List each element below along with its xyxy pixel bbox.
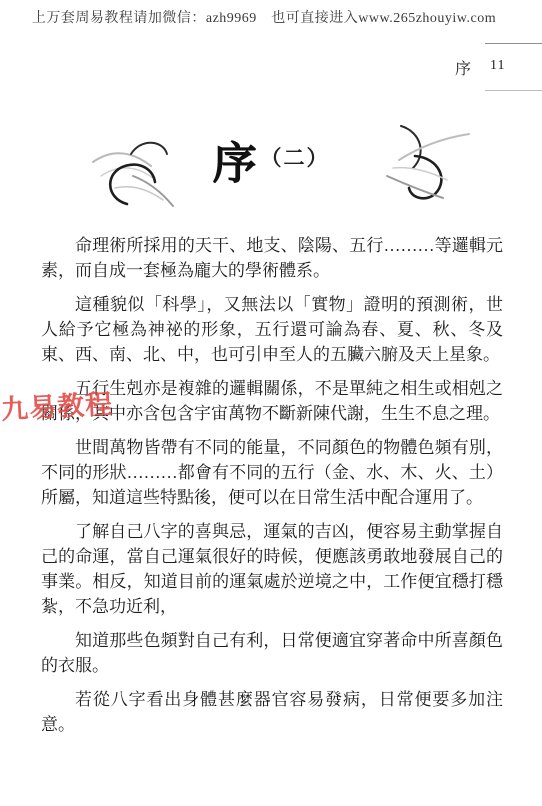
- promo-banner: 上万套周易教程请加微信：azh9969 也可直接进入www.265zhouyiw…: [0, 7, 542, 27]
- book-page: 上万套周易教程请加微信：azh9969 也可直接进入www.265zhouyiw…: [0, 0, 542, 806]
- paragraph: 知道那些色頻對自己有利，日常便適宜穿著命中所喜顏色的衣服。: [41, 628, 503, 678]
- paragraph: 世間萬物皆帶有不同的能量，不同顏色的物體色頻有別，不同的形狀………都會有不同的五…: [41, 435, 503, 510]
- paragraph: 了解自己八字的喜與忌，運氣的吉凶，便容易主動掌握自己的命運，當自己運氣很好的時候…: [41, 519, 503, 619]
- paragraph: 命理術所採用的天干、地支、陰陽、五行………等邏輯元素，而自成一套極為龐大的學術體…: [41, 233, 503, 283]
- title-main: 序: [213, 127, 257, 191]
- page-number: 11: [490, 58, 505, 74]
- paragraph: 若從八字看出身體甚麼器官容易發病，日常便要多加注意。: [41, 687, 503, 737]
- chapter-title-block: 序 （二）: [0, 112, 542, 212]
- paragraph: 這種貌似「科學」，又無法以「實物」證明的預測術，世人給予它極為神祕的形象，五行還…: [41, 292, 503, 367]
- watermark: 九易教程: [0, 382, 114, 427]
- header-rule-bottom: [485, 90, 542, 91]
- header-rule-top: [485, 43, 542, 44]
- title-sub: （二）: [261, 142, 330, 172]
- body-text: 命理術所採用的天干、地支、陰陽、五行………等邏輯元素，而自成一套極為龐大的學術體…: [41, 233, 503, 746]
- chapter-label: 序: [455, 56, 471, 79]
